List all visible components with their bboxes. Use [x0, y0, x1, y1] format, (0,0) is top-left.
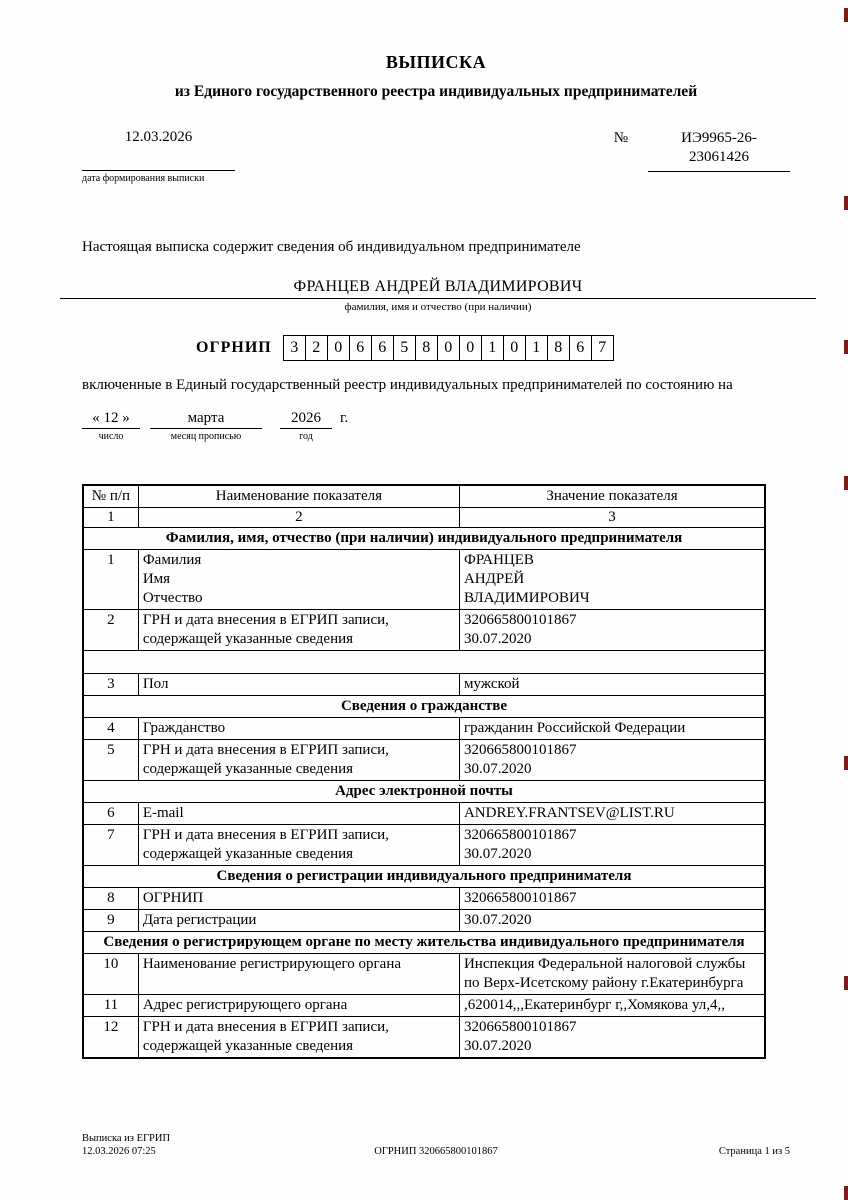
row-number: 9 — [83, 910, 138, 932]
indicator-name: E-mail — [138, 803, 459, 825]
close-quote: » — [122, 410, 130, 426]
date-month-block: марта месяц прописью — [150, 410, 262, 442]
indicator-value: 30.07.2020 — [459, 910, 765, 932]
footer-ogrnip: ОГРНИП 320665800101867 — [302, 1145, 570, 1158]
row-number: 1 — [83, 550, 138, 610]
table-header-row: № п/п Наименование показателя Значение п… — [83, 485, 765, 508]
section-row: Сведения о гражданстве — [83, 696, 765, 718]
section-title: Адрес электронной почты — [83, 781, 765, 803]
indicator-name: Пол — [138, 674, 459, 696]
date-month-value: марта — [150, 410, 262, 429]
page-footer: Выписка из ЕГРИП 12.03.2026 07:25 ОГРНИП… — [82, 1132, 790, 1158]
indicator-name: ГРН и дата внесения в ЕГРИП записи, соде… — [138, 1017, 459, 1059]
ogrnip-digit-box: 0 — [503, 335, 526, 361]
ogrnip-digit-box: 6 — [349, 335, 372, 361]
row-number: 8 — [83, 888, 138, 910]
table-row: 5ГРН и дата внесения в ЕГРИП записи, сод… — [83, 740, 765, 781]
indicator-value: 320665800101867 30.07.2020 — [459, 825, 765, 866]
ogrnip-digit-box: 2 — [305, 335, 328, 361]
table-row: 8ОГРНИП320665800101867 — [83, 888, 765, 910]
row-number: 12 — [83, 1017, 138, 1059]
formation-date-caption: дата формирования выписки — [82, 171, 235, 184]
ogrnip-digit-box: 5 — [393, 335, 416, 361]
person-name-caption: фамилия, имя и отчество (при наличии) — [60, 299, 816, 313]
indicators-table: № п/п Наименование показателя Значение п… — [82, 484, 766, 1059]
table-row: 7ГРН и дата внесения в ЕГРИП записи, сод… — [83, 825, 765, 866]
section-row: Фамилия, имя, отчество (при наличии) инд… — [83, 528, 765, 550]
ogrnip-digit-box: 7 — [591, 335, 614, 361]
date-year-value: 2026 — [280, 410, 332, 429]
table-row: 1Фамилия Имя ОтчествоФРАНЦЕВ АНДРЕЙ ВЛАД… — [83, 550, 765, 610]
column-number: 3 — [459, 508, 765, 528]
section-title: Сведения о гражданстве — [83, 696, 765, 718]
ogrnip-digit-box: 3 — [283, 335, 306, 361]
section-title: Сведения о регистрации индивидуального п… — [83, 866, 765, 888]
date-year-caption: год — [280, 429, 332, 442]
person-name: ФРАНЦЕВ АНДРЕЙ ВЛАДИМИРОВИЧ — [60, 278, 816, 299]
date-day-value: « 12 » — [82, 410, 140, 429]
indicator-value: 320665800101867 30.07.2020 — [459, 610, 765, 651]
ogrnip-digit-box: 1 — [481, 335, 504, 361]
header-indicator-name: Наименование показателя — [138, 485, 459, 508]
ogrnip-digit-box: 8 — [415, 335, 438, 361]
number-label: № — [614, 129, 628, 147]
indicator-value: мужской — [459, 674, 765, 696]
table-row: 4Гражданствогражданин Российской Федерац… — [83, 718, 765, 740]
spacer-cell — [83, 651, 765, 674]
footer-page-number: Страница 1 из 5 — [570, 1145, 790, 1158]
intro-text: Настоящая выписка содержит сведения об и… — [82, 239, 790, 256]
table-row: 3Полмужской — [83, 674, 765, 696]
indicator-name: Адрес регистрирующего органа — [138, 995, 459, 1017]
document-page: ВЫПИСКА из Единого государственного реес… — [0, 0, 848, 1200]
date-day-block: « 12 » число — [82, 410, 140, 442]
row-number: 2 — [83, 610, 138, 651]
section-title: Фамилия, имя, отчество (при наличии) инд… — [83, 528, 765, 550]
doc-subtitle: из Единого государственного реестра инди… — [82, 83, 790, 101]
document-number: ИЭ9965-26- 23061426 — [648, 129, 790, 172]
row-number: 4 — [83, 718, 138, 740]
indicator-value: ФРАНЦЕВ АНДРЕЙ ВЛАДИМИРОВИЧ — [459, 550, 765, 610]
table-body: Фамилия, имя, отчество (при наличии) инд… — [83, 528, 765, 1059]
edge-mark — [844, 196, 848, 210]
document-number-line2: 23061426 — [648, 148, 790, 167]
edge-mark — [844, 476, 848, 490]
table-row: 6E-mailANDREY.FRANTSEV@LIST.RU — [83, 803, 765, 825]
ogrnip-digit-box: 0 — [327, 335, 350, 361]
section-row: Сведения о регистрации индивидуального п… — [83, 866, 765, 888]
indicator-name: Наименование регистрирующего органа — [138, 954, 459, 995]
footer-doc-type: Выписка из ЕГРИП — [82, 1132, 302, 1145]
edge-mark — [844, 340, 848, 354]
edge-mark — [844, 8, 848, 22]
footer-left: Выписка из ЕГРИП 12.03.2026 07:25 — [82, 1132, 302, 1158]
indicator-value: 320665800101867 — [459, 888, 765, 910]
indicator-value: 320665800101867 30.07.2020 — [459, 740, 765, 781]
table-row: 10Наименование регистрирующего органаИнс… — [83, 954, 765, 995]
section-title: Сведения о регистрирующем органе по мест… — [83, 932, 765, 954]
ogrnip-boxes: 320665800101867 — [284, 335, 614, 361]
date-month-caption: месяц прописью — [150, 429, 262, 442]
indicator-name: Фамилия Имя Отчество — [138, 550, 459, 610]
open-quote: « — [92, 410, 100, 426]
section-row: Сведения о регистрирующем органе по мест… — [83, 932, 765, 954]
edge-mark — [844, 976, 848, 990]
column-numbers-row: 1 2 3 — [83, 508, 765, 528]
header-row: 12.03.2026 дата формирования выписки № И… — [82, 129, 790, 215]
column-number: 1 — [83, 508, 138, 528]
indicator-name: ГРН и дата внесения в ЕГРИП записи, соде… — [138, 610, 459, 651]
doc-title: ВЫПИСКА — [82, 52, 790, 73]
ogrnip-digit-box: 0 — [437, 335, 460, 361]
indicator-value: Инспекция Федеральной налоговой службы п… — [459, 954, 765, 995]
indicator-name: ОГРНИП — [138, 888, 459, 910]
indicator-value: ,620014,,,Екатеринбург г,,Хомякова ул,4,… — [459, 995, 765, 1017]
row-number: 6 — [83, 803, 138, 825]
ogrnip-label: ОГРНИП — [196, 339, 272, 357]
ogrnip-digit-box: 0 — [459, 335, 482, 361]
table-row: 2ГРН и дата внесения в ЕГРИП записи, сод… — [83, 610, 765, 651]
date-fill-line: « 12 » число марта месяц прописью 2026 г… — [82, 410, 790, 442]
ogrnip-digit-box: 8 — [547, 335, 570, 361]
indicator-value: 320665800101867 30.07.2020 — [459, 1017, 765, 1059]
ogrnip-digit-box: 6 — [569, 335, 592, 361]
included-text: включенные в Единый государственный реес… — [82, 375, 782, 396]
indicator-name: Гражданство — [138, 718, 459, 740]
indicator-name: ГРН и дата внесения в ЕГРИП записи, соде… — [138, 825, 459, 866]
indicator-value: ANDREY.FRANTSEV@LIST.RU — [459, 803, 765, 825]
row-number: 11 — [83, 995, 138, 1017]
ogrnip-digit-box: 6 — [371, 335, 394, 361]
document-number-block: № ИЭ9965-26- 23061426 — [614, 129, 790, 172]
header-indicator-value: Значение показателя — [459, 485, 765, 508]
ogrnip-digit-box: 1 — [525, 335, 548, 361]
formation-date: 12.03.2026 — [82, 129, 235, 171]
table-row: 12ГРН и дата внесения в ЕГРИП записи, со… — [83, 1017, 765, 1059]
table-row: 9Дата регистрации30.07.2020 — [83, 910, 765, 932]
edge-mark — [844, 1186, 848, 1200]
date-day: 12 — [104, 410, 119, 426]
table-row: 11Адрес регистрирующего органа,620014,,,… — [83, 995, 765, 1017]
formation-date-block: 12.03.2026 дата формирования выписки — [82, 129, 235, 184]
header-row-number: № п/п — [83, 485, 138, 508]
row-number: 3 — [83, 674, 138, 696]
row-number: 10 — [83, 954, 138, 995]
date-year-suffix: г. — [340, 410, 348, 427]
indicator-value: гражданин Российской Федерации — [459, 718, 765, 740]
edge-mark — [844, 756, 848, 770]
ogrnip-row: ОГРНИП 320665800101867 — [196, 335, 790, 361]
row-number: 5 — [83, 740, 138, 781]
spacer-row — [83, 651, 765, 674]
column-number: 2 — [138, 508, 459, 528]
indicator-name: ГРН и дата внесения в ЕГРИП записи, соде… — [138, 740, 459, 781]
row-number: 7 — [83, 825, 138, 866]
indicator-name: Дата регистрации — [138, 910, 459, 932]
section-row: Адрес электронной почты — [83, 781, 765, 803]
person-name-block: ФРАНЦЕВ АНДРЕЙ ВЛАДИМИРОВИЧ фамилия, имя… — [60, 278, 816, 313]
date-year-block: 2026 год — [280, 410, 332, 442]
document-number-line1: ИЭ9965-26- — [648, 129, 790, 148]
footer-timestamp: 12.03.2026 07:25 — [82, 1145, 302, 1158]
date-day-caption: число — [82, 429, 140, 442]
